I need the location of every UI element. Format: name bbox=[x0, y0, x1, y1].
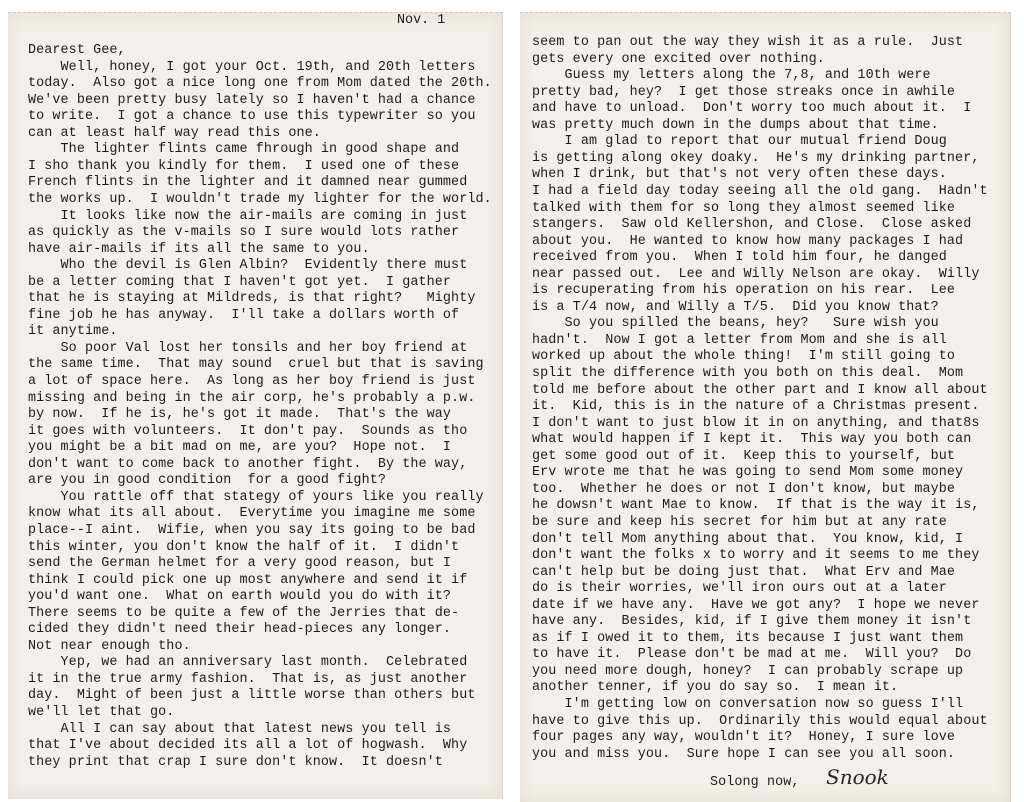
text-line: be sure and keep his secret for him but … bbox=[532, 515, 947, 530]
text-line: Dearest Gee, bbox=[28, 43, 126, 58]
text-line: to have it. Please don't be mad at me. W… bbox=[532, 647, 971, 662]
text-line: Yep, we had an anniversary last month. C… bbox=[28, 655, 467, 670]
text-line: The lighter flints came fhrough in good … bbox=[28, 142, 459, 157]
text-line: don't tell Mom anything about that. You … bbox=[532, 532, 963, 547]
text-line: as if I owed it to them, its because I j… bbox=[532, 631, 963, 646]
text-line: the same time. That may sound cruel but … bbox=[28, 357, 484, 372]
text-line: pretty bad, hey? I get those streaks onc… bbox=[532, 85, 955, 100]
text-line: are you in good condition for a good fig… bbox=[28, 473, 386, 488]
text-line: about you. He wanted to know how many pa… bbox=[532, 234, 963, 249]
text-line: as quickly as the v-mails so I sure woul… bbox=[28, 225, 459, 240]
text-line: it anytime. bbox=[28, 324, 118, 339]
text-line: missing and being in the air corp, he's … bbox=[28, 391, 475, 406]
text-line: gets every one excited over nothing. bbox=[532, 52, 825, 67]
text-line: know what its all about. Everytime you i… bbox=[28, 506, 475, 521]
letter-page-2: seem to pan out the way they wish it as … bbox=[520, 12, 1011, 802]
text-line: French flints in the lighter and it damn… bbox=[28, 175, 467, 190]
text-line: it goes with volunteers. It don't pay. S… bbox=[28, 424, 467, 439]
text-line: You rattle off that stategy of yours lik… bbox=[28, 490, 484, 505]
text-line: hadn't. Now I got a letter from Mom and … bbox=[532, 333, 947, 348]
text-line: fine job he has anyway. I'll take a doll… bbox=[28, 308, 459, 323]
text-line: too. Whether he does or not I don't know… bbox=[532, 482, 955, 497]
text-line: send the German helmet for a very good r… bbox=[28, 556, 451, 571]
text-line: we'll let that go. bbox=[28, 705, 174, 720]
text-line: So you spilled the beans, hey? Sure wish… bbox=[532, 316, 939, 331]
text-line: another tenner, if you do say so. I mean… bbox=[532, 680, 898, 695]
text-line: this winter, you don't know the half of … bbox=[28, 540, 459, 555]
text-line: split the difference with you both on th… bbox=[532, 366, 963, 381]
text-line: when I drink, but that's not very often … bbox=[532, 167, 947, 182]
text-line: by now. If he is, he's got it made. That… bbox=[28, 407, 451, 422]
text-line: All I can say about that latest news you… bbox=[28, 722, 451, 737]
text-line: that I've about decided its all a lot of… bbox=[28, 738, 467, 753]
text-line: Not near enough tho. bbox=[28, 639, 191, 654]
text-line: talked with them for so long they almost… bbox=[532, 201, 955, 216]
text-line: date if we have any. Have we got any? I … bbox=[532, 598, 979, 613]
text-line: they print that crap I sure don't know. … bbox=[28, 755, 443, 770]
text-line: is a T/4 now, and Willy a T/5. Did you k… bbox=[532, 300, 939, 315]
text-line: it. Kid, this is in the nature of a Chri… bbox=[532, 399, 979, 414]
text-line: you and miss you. Sure hope I can see yo… bbox=[532, 747, 955, 762]
text-line: Erv wrote me that he was going to send M… bbox=[532, 465, 963, 480]
text-line: seem to pan out the way they wish it as … bbox=[532, 35, 963, 50]
text-line: you need more dough, honey? I can probab… bbox=[532, 664, 963, 679]
text-line: Who the devil is Glen Albin? Evidently t… bbox=[28, 258, 467, 273]
text-line: received from you. When I told him four,… bbox=[532, 250, 947, 265]
text-line: it in the true army fashion. That is, as… bbox=[28, 672, 467, 687]
letter-page-1: Nov. 1 Dearest Gee, Well, honey, I got y… bbox=[8, 12, 503, 799]
letter-date: Nov. 1 bbox=[397, 13, 445, 28]
text-line: today. Also got a nice long one from Mom… bbox=[28, 76, 492, 91]
text-line: think I could pick one up most anywhere … bbox=[28, 573, 467, 588]
text-line: don't want the folks x to worry and it s… bbox=[532, 548, 979, 563]
text-line: you might be a bit mad on me, are you? H… bbox=[28, 440, 451, 455]
text-line: near passed out. Lee and Willy Nelson ar… bbox=[532, 267, 979, 282]
text-line: the works up. I wouldn't trade my lighte… bbox=[28, 192, 492, 207]
text-line: have any. Besides, kid, if I give them m… bbox=[532, 614, 971, 629]
text-line: I had a field day today seeing all the o… bbox=[532, 184, 988, 199]
text-line: that he is staying at Mildreds, is that … bbox=[28, 291, 475, 306]
text-line: he dowsn't want Mae to know. If that is … bbox=[532, 498, 979, 513]
letter-closing: Solong now, bbox=[710, 775, 800, 790]
text-line: get some good out of it. Keep this to yo… bbox=[532, 449, 955, 464]
text-line: to write. I got a chance to use this typ… bbox=[28, 109, 475, 124]
text-line: is getting along okey doaky. He's my dri… bbox=[532, 151, 979, 166]
text-line: four pages any way, wouldn't it? Honey, … bbox=[532, 730, 955, 745]
text-line: be a letter coming that I haven't got ye… bbox=[28, 275, 451, 290]
text-line: We've been pretty busy lately so I haven… bbox=[28, 93, 475, 108]
text-line: do is their worries, we'll iron ours out… bbox=[532, 581, 947, 596]
text-line: a lot of space here. As long as her boy … bbox=[28, 374, 475, 389]
text-line: I sho thank you kindly for them. I used … bbox=[28, 159, 459, 174]
text-line: Guess my letters along the 7,8, and 10th… bbox=[532, 68, 931, 83]
text-line: you'd want one. What on earth would you … bbox=[28, 589, 451, 604]
text-line: have to give this up. Ordinarily this wo… bbox=[532, 714, 988, 729]
text-line: stangers. Saw old Kellershon, and Close.… bbox=[532, 217, 971, 232]
text-line: Well, honey, I got your Oct. 19th, and 2… bbox=[28, 60, 475, 75]
text-line: told me before about the other part and … bbox=[532, 383, 988, 398]
text-line: have air-mails if its all the same to yo… bbox=[28, 242, 370, 257]
text-line: place--I aint. Wifie, when you say its g… bbox=[28, 523, 475, 538]
text-line: cided they didn't need their head-pieces… bbox=[28, 622, 451, 637]
text-line: can at least half way read this one. bbox=[28, 126, 321, 141]
text-line: I'm getting low on conversation now so g… bbox=[532, 697, 963, 712]
text-line: don't want to come back to another fight… bbox=[28, 457, 467, 472]
text-line: worked up about the whole thing! I'm sti… bbox=[532, 349, 955, 364]
text-line: is recuperating from his operation on hi… bbox=[532, 283, 955, 298]
text-line: I am glad to report that our mutual frie… bbox=[532, 134, 947, 149]
text-line: So poor Val lost her tonsils and her boy… bbox=[28, 341, 467, 356]
text-line: can't help but be doing just that. What … bbox=[532, 565, 955, 580]
text-line: day. Might of been just a little worse t… bbox=[28, 688, 475, 703]
text-line: what would happen if I kept it. This way… bbox=[532, 432, 971, 447]
text-line: There seems to be quite a few of the Jer… bbox=[28, 606, 459, 621]
text-line: It looks like now the air-mails are comi… bbox=[28, 209, 467, 224]
text-line: I don't want to just blow it in on anyth… bbox=[532, 416, 979, 431]
signature: Snook bbox=[826, 765, 889, 789]
text-line: and have to unload. Don't worry too much… bbox=[532, 101, 971, 116]
text-line: was pretty much down in the dumps about … bbox=[532, 118, 939, 133]
